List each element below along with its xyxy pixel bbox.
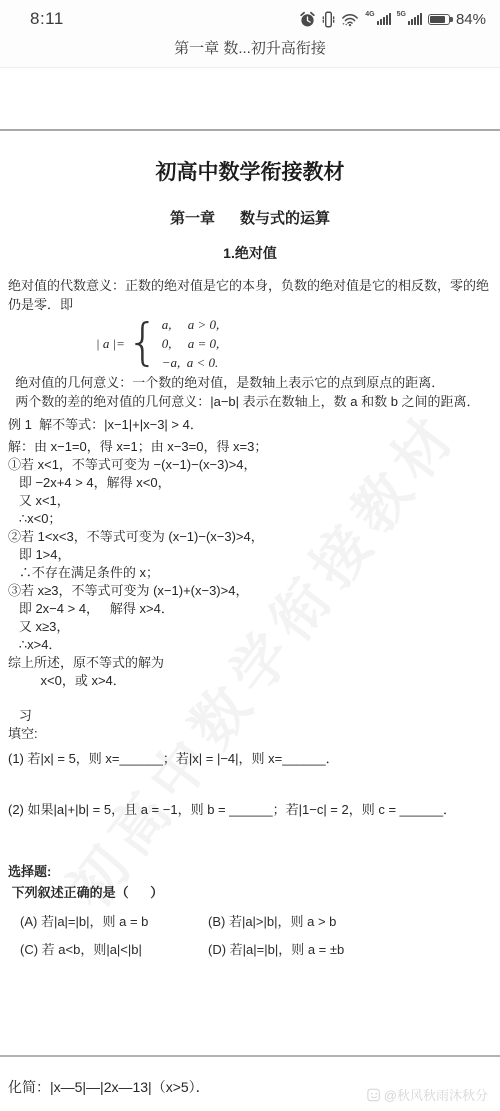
brace-glyph: { <box>127 317 159 367</box>
formula-case-positive: a, a > 0, <box>162 315 220 334</box>
choice-option-d: (D) 若|a|=|b|，则 a = ±b <box>208 939 492 958</box>
alarm-icon <box>299 11 316 28</box>
creator-handle: @秋风秋雨沐秋分 <box>384 1085 488 1104</box>
solution-line: 即 −2x+4 > 4，解得 x<0， <box>8 474 492 492</box>
paragraph-difference-meaning: 两个数的差的绝对值的几何意义：|a−b| 表示在数轴上，数 a 和数 b 之间的… <box>8 392 492 411</box>
solution-line: 即 2x−4 > 4， 解得 x>4． <box>8 600 492 618</box>
vibrate-icon <box>322 11 335 28</box>
creator-logo-icon <box>367 1088 381 1102</box>
5g-label: 5G <box>397 11 406 18</box>
solution-line: ②若 1<x<3，不等式可变为 (x−1)−(x−3)>4， <box>8 528 492 546</box>
signal-4g-icon: 4G <box>365 13 390 25</box>
solution-line: 又 x<1， <box>8 492 492 510</box>
solution-line: 解：由 x−1=0，得 x=1；由 x−3=0，得 x=3； <box>8 438 492 456</box>
formula-lhs: | a |= <box>96 336 125 352</box>
4g-label: 4G <box>365 11 374 18</box>
solution-line: ③若 x≥3，不等式可变为 (x−1)+(x−3)>4， <box>8 582 492 600</box>
example-title: 例 1 解不等式：|x−1|+|x−3| > 4． <box>8 415 492 434</box>
paragraph-algebra-meaning-line1: 绝对值的代数意义：正数的绝对值是它的本身，负数的绝对值是它的相反数，零的绝 <box>8 276 492 295</box>
solution-line: 综上所述，原不等式的解为 <box>8 654 492 672</box>
fill-in-header: 填空: <box>8 724 492 743</box>
paragraph-geometric-meaning: 绝对值的几何意义：一个数的绝对值，是数轴上表示它的点到原点的距离． <box>8 373 492 392</box>
choice-section-header: 选择题: <box>8 862 492 881</box>
solution-line: ∴不存在满足条件的 x； <box>8 564 492 582</box>
creator-watermark: @秋风秋雨沐秋分 <box>367 1085 488 1104</box>
solution-line: 即 1>4， <box>8 546 492 564</box>
document-scroll-area[interactable]: 初高中数学衔接教材 初高中数学衔接教材 第一章 数与式的运算 1.绝对值 绝对值… <box>0 131 500 1055</box>
diagonal-watermark-partial: 初高中数学衔接教材 <box>330 1055 500 1061</box>
fill-in-item-2: (2) 如果|a|+|b| = 5，且 a = −1，则 b = ______；… <box>8 800 492 819</box>
solution-line: ①若 x<1，不等式可变为 −(x−1)−(x−3)>4， <box>8 456 492 474</box>
solution-line: ∴x<0； <box>8 510 492 528</box>
formula-case-zero: 0, a = 0, <box>162 334 220 353</box>
choice-row-2: (C) 若 a<b，则|a|<|b| (D) 若|a|=|b|，则 a = ±b <box>8 939 492 958</box>
page-top-margin <box>0 68 500 131</box>
paragraph-algebra-meaning-line2: 仍是零．即 <box>8 295 492 314</box>
wifi-icon <box>341 12 359 27</box>
battery-icon <box>428 14 450 25</box>
status-bar: 8:11 <box>0 0 500 34</box>
choice-option-b: (B) 若|a|>|b|，则 a > b <box>208 911 492 930</box>
formula-case-negative: −a, a < 0. <box>162 353 220 372</box>
doc-chapter-heading: 第一章 数与式的运算 <box>8 207 492 228</box>
choice-option-a: (A) 若|a|=|b|，则 a = b <box>8 911 208 930</box>
exercise-label: 习 <box>8 707 492 724</box>
clock-time: 8:11 <box>30 9 64 29</box>
app-title-bar: 第一章 数...初升高衔接 <box>0 34 500 68</box>
battery-percent: 84% <box>456 11 486 28</box>
doc-section-heading: 1.绝对值 <box>8 243 492 263</box>
status-icons: 4G 5G 84% <box>299 11 486 28</box>
document-title-bar-text: 第一章 数...初升高衔接 <box>174 40 326 57</box>
choice-option-c: (C) 若 a<b，则|a|<|b| <box>8 939 208 958</box>
next-page-strip: 初高中数学衔接教材 化简：|x—5|—|2x—13|（x>5）． @秋风秋雨沐秋… <box>0 1055 500 1111</box>
fill-in-item-1: (1) 若|x| = 5，则 x=______；若|x| = |−4|，则 x=… <box>8 749 492 768</box>
solution-line: ∴x>4． <box>8 636 492 654</box>
signal-5g-icon: 5G <box>397 13 422 25</box>
piecewise-formula: | a |= { a, a > 0, 0, a = 0, −a, a < 0. <box>96 315 492 372</box>
solution-line: x<0，或 x>4． <box>8 672 492 690</box>
doc-title: 初高中数学衔接教材 <box>8 131 492 186</box>
choice-question: 下列叙述正确的是（ ） <box>8 883 492 902</box>
choice-row-1: (A) 若|a|=|b|，则 a = b (B) 若|a|>|b|，则 a > … <box>8 911 492 930</box>
solution-line: 又 x≥3， <box>8 618 492 636</box>
